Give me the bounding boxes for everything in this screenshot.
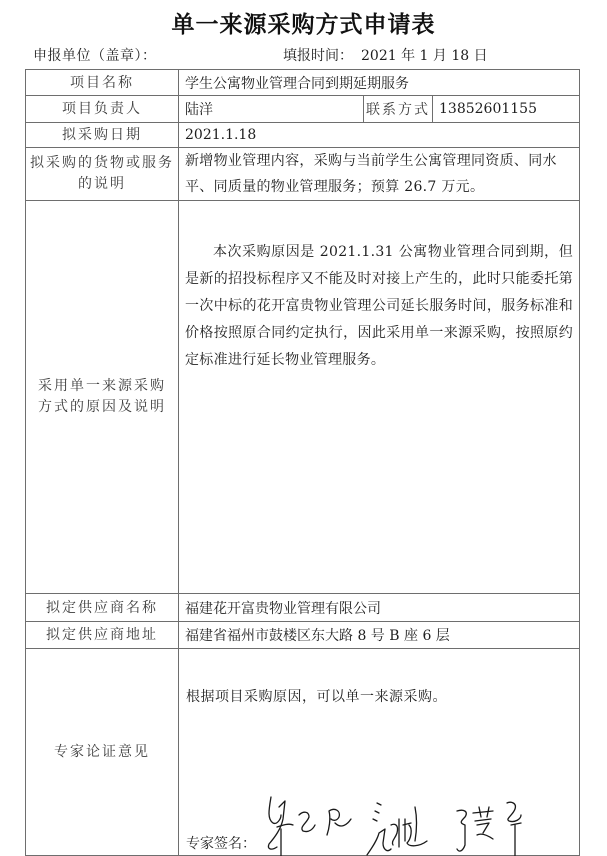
goods-description-text: 新增物业管理内容，采购与当前学生公寓管理同资质、同水平、同质量的物业管理服务；预… [185,148,579,200]
contact-value: 13852601155 [433,96,580,123]
project-name-value: 学生公寓物业管理合同到期延期服务 [179,70,580,96]
supplier-address-value: 福建省福州市鼓楼区东大路 8 号 B 座 6 层 [179,622,580,649]
single-source-reason-value: 本次采购原因是 2021.1.31 公寓物业管理合同到期，但是新的招投标程序又不… [179,201,580,594]
expert-signature-label: 专家签名： [186,833,256,853]
fill-date-label: 填报时间： [283,48,353,64]
row-goods-description: 拟采购的货物或服务的说明 新增物业管理内容，采购与当前学生公寓管理同资质、同水平… [26,148,580,201]
fill-date: 填报时间：2021 年 1 月 18 日 [283,45,488,65]
row-supplier-address: 拟定供应商地址 福建省福州市鼓楼区东大路 8 号 B 座 6 层 [26,622,580,649]
document-title: 单一来源采购方式申请表 [0,6,607,39]
goods-description-label: 拟采购的货物或服务的说明 [26,148,179,201]
supplier-name-value: 福建花开富贵物业管理有限公司 [179,594,580,622]
single-source-reason-text: 本次采购原因是 2021.1.31 公寓物业管理合同到期，但是新的招投标程序又不… [185,239,579,374]
procurement-date-value: 2021.1.18 [179,123,580,148]
row-single-source-reason: 采用单一来源采购方式的原因及说明 本次采购原因是 2021.1.31 公寓物业管… [26,201,580,594]
supplier-name-label: 拟定供应商名称 [26,594,179,622]
project-lead-label: 项目负责人 [26,96,179,123]
row-supplier-name: 拟定供应商名称 福建花开富贵物业管理有限公司 [26,594,580,622]
procurement-date-label: 拟采购日期 [26,123,179,148]
single-source-reason-label-text: 采用单一来源采购方式的原因及说明 [26,376,178,418]
row-expert-opinion: 专家论证意见 根据项目采购原因，可以单一来源采购。 专家签名： [26,649,580,856]
applicant-unit-label: 申报单位（盖章）： [33,45,157,65]
expert-opinion-cell: 根据项目采购原因，可以单一来源采购。 专家签名： [179,649,580,856]
fill-date-value: 2021 年 1 月 18 日 [361,48,488,64]
row-project-name: 项目名称 学生公寓物业管理合同到期延期服务 [26,70,580,96]
row-project-lead: 项目负责人 陆洋 联系方式 13852601155 [26,96,580,123]
row-procurement-date: 拟采购日期 2021.1.18 [26,123,580,148]
project-lead-value: 陆洋 [179,96,364,123]
single-source-reason-label: 采用单一来源采购方式的原因及说明 [26,201,179,594]
handwritten-signature-icon [259,789,559,856]
expert-opinion-label: 专家论证意见 [26,649,179,856]
project-name-label: 项目名称 [26,70,179,96]
contact-label: 联系方式 [364,96,433,123]
application-form-table: 项目名称 学生公寓物业管理合同到期延期服务 项目负责人 陆洋 联系方式 1385… [25,69,580,856]
expert-opinion-text: 根据项目采购原因，可以单一来源采购。 [186,686,447,706]
supplier-address-label: 拟定供应商地址 [26,622,179,649]
goods-description-value: 新增物业管理内容，采购与当前学生公寓管理同资质、同水平、同质量的物业管理服务；预… [179,148,580,201]
goods-description-label-text: 拟采购的货物或服务的说明 [26,153,178,195]
